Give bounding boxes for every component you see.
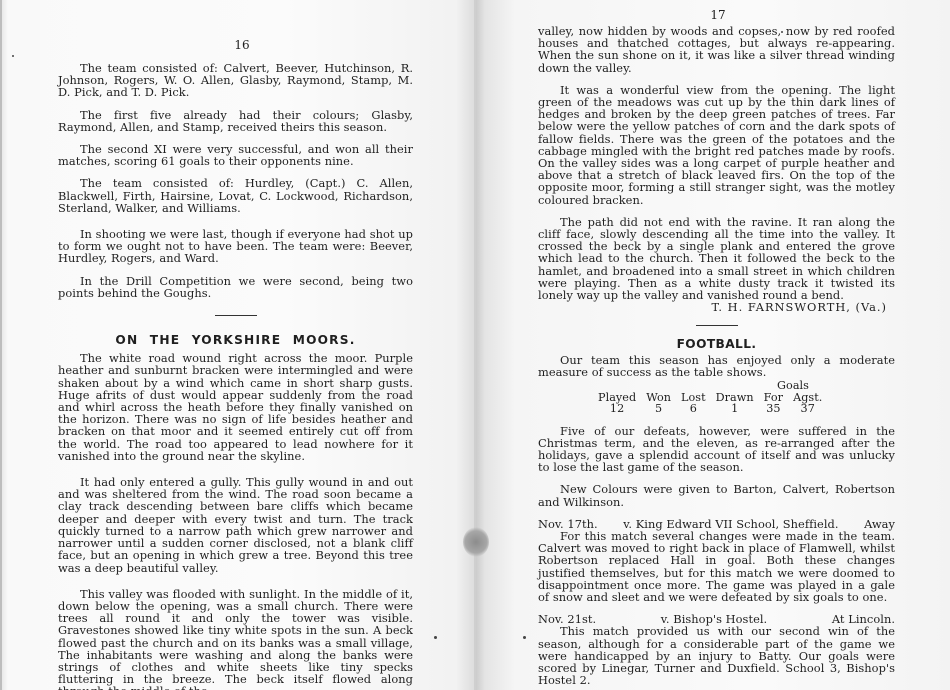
left-page-text: The team consisted of: Calvert, Beever, … (58, 62, 413, 690)
book-gutter (474, 0, 476, 690)
essay-paragraph-2: It had only entered a gully. This gully … (58, 476, 413, 574)
header-lost: Lost (681, 392, 716, 404)
football-title: FOOTBALL. (538, 338, 895, 350)
value-drawn: 1 (716, 403, 764, 415)
essay-continued-paragraph-1: valley, now hidden by woods and copses, … (538, 25, 895, 74)
value-won: 5 (646, 403, 681, 415)
paragraph-new-colours: New Colours were given to Barton, Calver… (538, 483, 895, 507)
right-page-text: valley, now hidden by woods and copses, … (538, 25, 895, 686)
page-number-right: 17 (703, 8, 733, 22)
essay-title: ON THE YORKSHIRE MOORS. (58, 334, 413, 346)
paper-fleck (523, 636, 526, 639)
paragraph-second-xi: The second XI were very successful, and … (58, 143, 413, 167)
paper-fleck (12, 55, 14, 57)
essay-continued-paragraph-3: The path did not end with the ravine. It… (538, 216, 895, 301)
football-intro: Our team this season has enjoyed only a … (538, 354, 895, 378)
match-report: This match provided us with our second w… (538, 625, 895, 686)
paragraph-team-second: The team consisted of: Hurdley, (Capt.) … (58, 177, 413, 214)
page-number-left: 16 (227, 38, 257, 52)
essay-author-signature: T. H. FARNSWORTH, (Va.) (538, 301, 895, 313)
header-drawn: Drawn (716, 392, 764, 404)
paragraph-shooting: In shooting we were last, though if ever… (58, 228, 413, 265)
value-goals-for: 35 (764, 403, 793, 415)
season-results-table: Goals Played Won Lost Drawn For Agst. 12… (598, 380, 832, 415)
right-page: 17 valley, now hidden by woods and copse… (475, 0, 950, 690)
value-lost: 6 (681, 403, 716, 415)
paragraph-colours: The first five already had their colours… (58, 109, 413, 133)
table-header-row: Played Won Lost Drawn For Agst. (598, 392, 832, 404)
header-won: Won (646, 392, 681, 404)
essay-paragraph-3: This valley was flooded with sunlight. I… (58, 588, 413, 690)
paper-fleck (781, 31, 783, 33)
essay-paragraph-1: The white road wound right across the mo… (58, 352, 413, 462)
paragraph-team-first: The team consisted of: Calvert, Beever, … (58, 62, 413, 99)
value-goals-against: 37 (793, 403, 832, 415)
left-page: 16 The team consisted of: Calvert, Beeve… (0, 0, 475, 690)
binding-staple-mark (463, 527, 489, 557)
paper-fleck (434, 636, 437, 639)
goals-group-header: Goals (764, 380, 833, 392)
paragraph-defeats: Five of our defeats, however, were suffe… (538, 425, 895, 474)
match-report: For this match several changes were made… (538, 530, 895, 603)
paragraph-drill: In the Drill Competition we were second,… (58, 275, 413, 299)
value-played: 12 (598, 403, 646, 415)
essay-continued-paragraph-2: It was a wonderful view from the opening… (538, 84, 895, 206)
table-row: 12 5 6 1 35 37 (598, 403, 832, 415)
